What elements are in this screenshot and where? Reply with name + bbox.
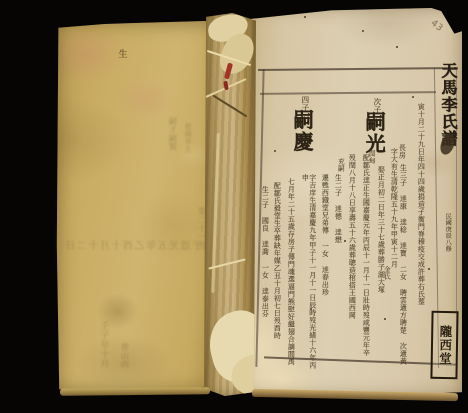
detail-column: 生二子 國良 逹喬 一女 逹泰出芬 [261, 186, 268, 318]
foxing-specks [244, 8, 246, 10]
hall-seal-text: 隴西堂 [438, 325, 451, 366]
detail-column: 娶正月初二日年三十七歲葬勝子湖大塚 [377, 166, 384, 294]
hall-seal: 隴西堂 [430, 311, 458, 379]
frame-inner-rule [260, 91, 436, 94]
bleedthrough-column: 嗣才嗣賢 [168, 117, 176, 151]
section-header: 嗣光 [363, 111, 384, 155]
right-page: 隴西堂 天馬李氏譜民國庚辰八修43寅十月二十九日年四十四歲捐造孑衡門脊穆疫交成許… [244, 8, 462, 396]
frame-top-rule [258, 67, 458, 71]
red-thread [223, 81, 229, 91]
detail-column: 生二子 逹德 逹懋 [334, 174, 341, 244]
detail-column: 歿閏八月十八日享壽五十六歲葬聰造棺搭王國西岡 [348, 154, 355, 319]
detail-column: 配鄒氏逹正生國嘉慶元年丙辰十一月十一日壯時歿咸豐元年辛 [362, 154, 369, 357]
binding-thread [213, 95, 248, 117]
bleedthrough-column: 壬子年十月 [98, 321, 107, 369]
spine-binding [204, 13, 256, 396]
book-photo: 生配金氏生于道光五年乙酉十月十二日第二十一世嗣才嗣賢乾隆年生壬子年十月葬山向 隴… [0, 0, 468, 413]
corner-mark: 43 [428, 19, 444, 34]
carryover-column: 寅十月二十九日年四十四歲捐造孑衡門脊穆疫交成許葬右氏塟 [417, 103, 424, 306]
detail-column: 七月年二十五歲存房子傳門魂選逼門熊慰好繼翅合謫閻禹 [287, 178, 294, 366]
detail-column: 字大有生清乾隆五十九年甲寅十二月 [390, 148, 397, 268]
edition-note: 民國庚辰八修 [444, 213, 450, 252]
sons-column: 生三子 逹康 逹稔 逹寳 二女 聘雲適方聘楚 次適黃 [399, 164, 406, 365]
branch-label: 長房 [398, 144, 405, 159]
bleedthrough-column: 第二十一世 [197, 207, 205, 250]
left-page: 生配金氏生于道光五年乙酉十月十二日第二十一世嗣才嗣賢乾隆年生壬子年十月葬山向 [56, 21, 218, 393]
handwritten-char: 生 [116, 49, 125, 59]
detail-column: 充嗣 [337, 158, 344, 172]
page-stack-edge [60, 387, 210, 396]
bleedthrough-column: 葬山向 [120, 343, 128, 369]
binding-thread [211, 133, 220, 293]
detail-column: 字吉庠生清嘉慶九年甲子十一月十一日辰時歿光緒十六年丙申 [301, 174, 316, 374]
detail-column: 遷甦西鐡堂兄弟傳 一女 逹春出珍 [321, 174, 328, 296]
section-header: 嗣慶 [291, 109, 312, 153]
bleedthrough-column: 乾隆年生 [184, 123, 191, 153]
detail-column: 配鄒氏毅堂生卒葬缺年媒乙丑十月初七日歿酉時 [273, 182, 280, 340]
